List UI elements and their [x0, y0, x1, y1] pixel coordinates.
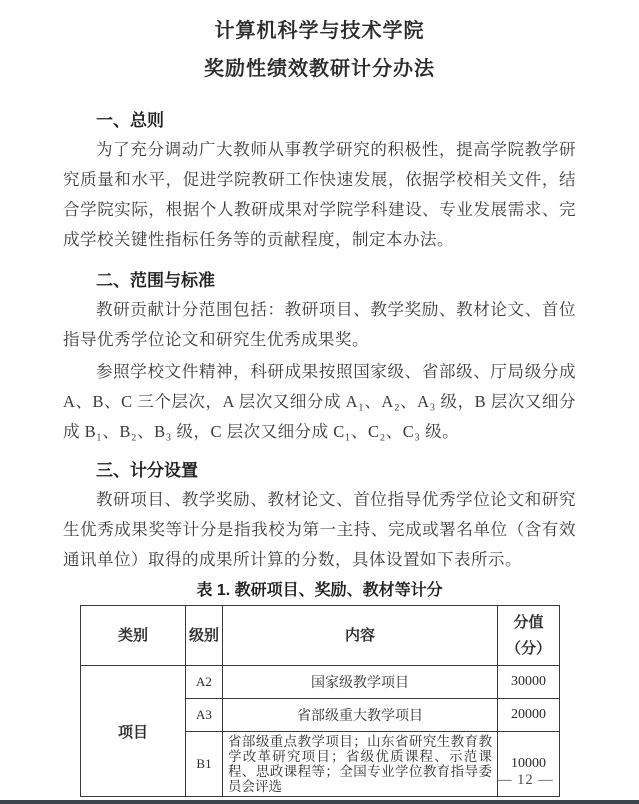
score-cell: 30000	[498, 666, 560, 699]
section-2-heading: 二、范围与标准	[63, 269, 576, 293]
content-cell: 省部级重点教学项目；山东省研究生教育教学改革研究项目；省级优质课程、示范课程、思…	[223, 732, 498, 797]
header-level: 级别	[186, 606, 223, 666]
table-header-row: 类别 级别 内容 分值 （分）	[81, 606, 560, 666]
header-category: 类别	[81, 606, 186, 666]
header-score: 分值 （分）	[498, 606, 560, 666]
score-cell: 20000	[498, 699, 560, 732]
table-row: 项目 A2 国家级教学项目 30000	[81, 666, 560, 699]
header-score-line2: （分）	[498, 636, 559, 662]
section-2-paragraph-2: 参照学校文件精神，科研成果按照国家级、省部级、厅局级分成 A、B、C 三个层次，…	[63, 357, 576, 447]
score-table: 类别 级别 内容 分值 （分） 项目 A2 国家级教学项目 30000 A3 省…	[80, 605, 560, 797]
header-score-line1: 分值	[498, 610, 559, 636]
section-3-paragraph: 教研项目、教学奖励、教材论文、首位指导优秀学位论文和研究生优秀成果奖等计分是指我…	[63, 485, 576, 575]
header-content: 内容	[223, 606, 498, 666]
document-page: 计算机科学与技术学院 奖励性绩效教研计分办法 一、总则 为了充分调动广大教师从事…	[0, 0, 639, 804]
document-subtitle: 奖励性绩效教研计分办法	[63, 41, 576, 79]
content-cell: 省部级重大教学项目	[223, 699, 498, 732]
page-bottom-edge	[0, 800, 639, 804]
content-cell: 国家级教学项目	[223, 666, 498, 699]
section-2-paragraph-1: 教研贡献计分范围包括：教研项目、教学奖励、教材论文、首位指导优秀学位论文和研究生…	[63, 295, 576, 355]
level-cell: B1	[186, 732, 223, 797]
document-title: 计算机科学与技术学院	[63, 0, 576, 41]
table-caption: 表 1. 教研项目、奖励、教材等计分	[63, 581, 576, 600]
section-3-heading: 三、计分设置	[63, 459, 576, 483]
section-1-heading: 一、总则	[63, 109, 576, 133]
section-1-paragraph: 为了充分调动广大教师从事教学研究的积极性，提高学院教学研究质量和水平，促进学院教…	[63, 135, 576, 255]
level-cell: A3	[186, 699, 223, 732]
document-content: 计算机科学与技术学院 奖励性绩效教研计分办法 一、总则 为了充分调动广大教师从事…	[0, 0, 639, 797]
page-number: — 12 —	[497, 772, 554, 789]
level-cell: A2	[186, 666, 223, 699]
category-cell: 项目	[81, 666, 186, 797]
